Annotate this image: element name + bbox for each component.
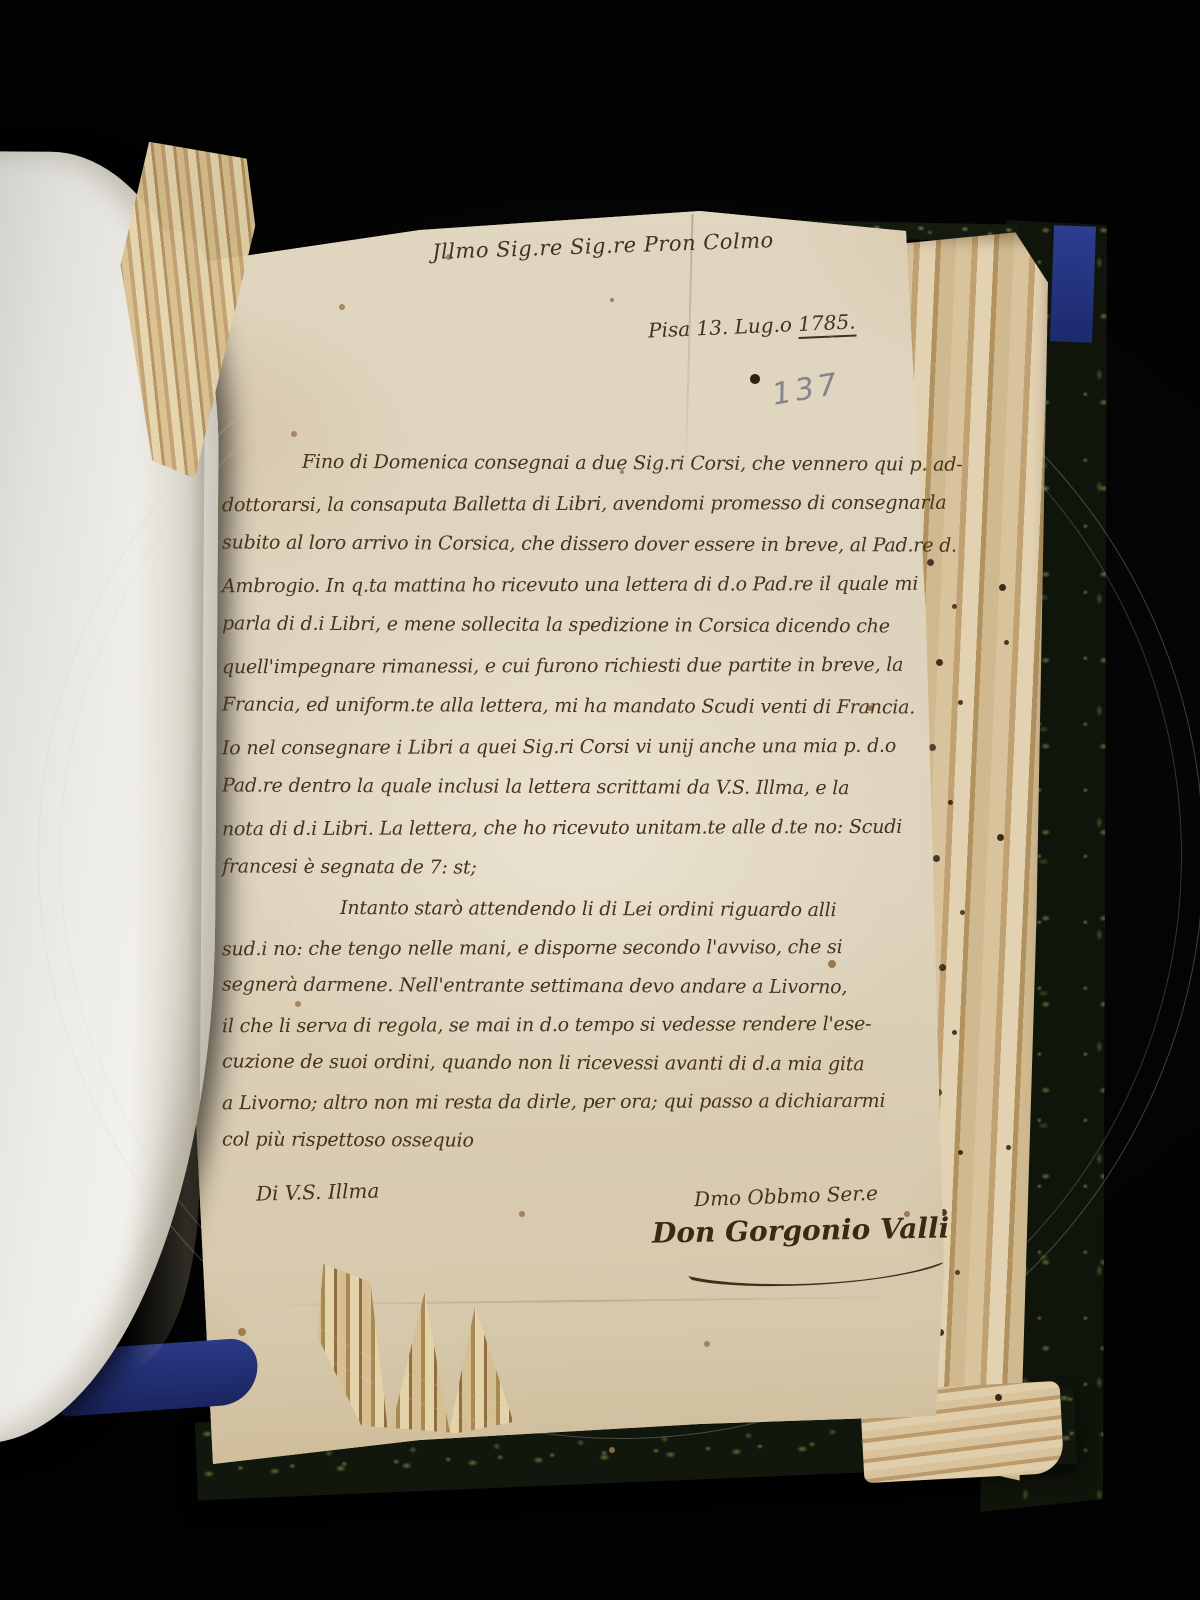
- letter-body-line: quell'impegnare rimanessi, e cui furono …: [222, 653, 922, 696]
- letter-body-line: Io nel consegnare i Libri a quei Sig.ri …: [222, 734, 922, 777]
- letter-body-line: Pad.re dentro la quale inclusi la letter…: [222, 774, 922, 818]
- letter-body-paragraph-2: Intanto starò attendendo li di Lei ordin…: [222, 898, 922, 1168]
- blue-cloth-top-corner: [1050, 225, 1096, 342]
- letter-body-line: dottorarsi, la consaputa Balletta di Lib…: [222, 491, 922, 534]
- letter-body-line: cuzione de suoi ordini, quando non li ri…: [222, 1051, 922, 1093]
- signature-flourish: [676, 1252, 966, 1294]
- manuscript-photo: Jllmo Sig.re Sig.re Pron Colmo Pisa 13. …: [0, 0, 1200, 1600]
- letter-body-line: Fino di Domenica consegnai a due Sig.ri …: [222, 450, 922, 494]
- signature: Don Gorgonio Valli: [652, 1211, 950, 1249]
- letter-body-line: nota di d.i Libri. La lettera, che ho ri…: [222, 815, 922, 858]
- letter-body-paragraph-1: Fino di Domenica consegnai a due Sig.ri …: [222, 452, 922, 898]
- letter-body-line: subito al loro arrivo in Corsica, che di…: [222, 531, 922, 575]
- letter-body-line: parla di d.i Libri, e mene sollecita la …: [222, 612, 922, 656]
- letter-body-line: il che li serva di regola, se mai in d.o…: [222, 1013, 922, 1054]
- letter-valediction: Di V.S. Illma: [256, 1178, 380, 1205]
- letter-body-line: Francia, ed uniform.te alla lettera, mi …: [222, 693, 922, 737]
- letter-body-line: Ambrogio. In q.ta mattina ho ricevuto un…: [222, 572, 922, 615]
- letter-body-line: sud.i no: che tengo nelle mani, e dispor…: [222, 935, 922, 976]
- letter-body-line: Intanto starò attendendo li di Lei ordin…: [222, 896, 922, 938]
- letter-body-line: a Livorno; altro non mi resta da dirle, …: [222, 1090, 922, 1131]
- letter-body-line: francesi è segnata de 7: st;: [222, 855, 922, 899]
- letter-body-line: segnerà darmene. Nell'entrante settimana…: [222, 974, 922, 1016]
- dateline-year: 1785.: [798, 309, 856, 338]
- paper-stains: [0, 0, 4, 4]
- letter-body-line: col più rispettoso ossequio: [222, 1128, 922, 1170]
